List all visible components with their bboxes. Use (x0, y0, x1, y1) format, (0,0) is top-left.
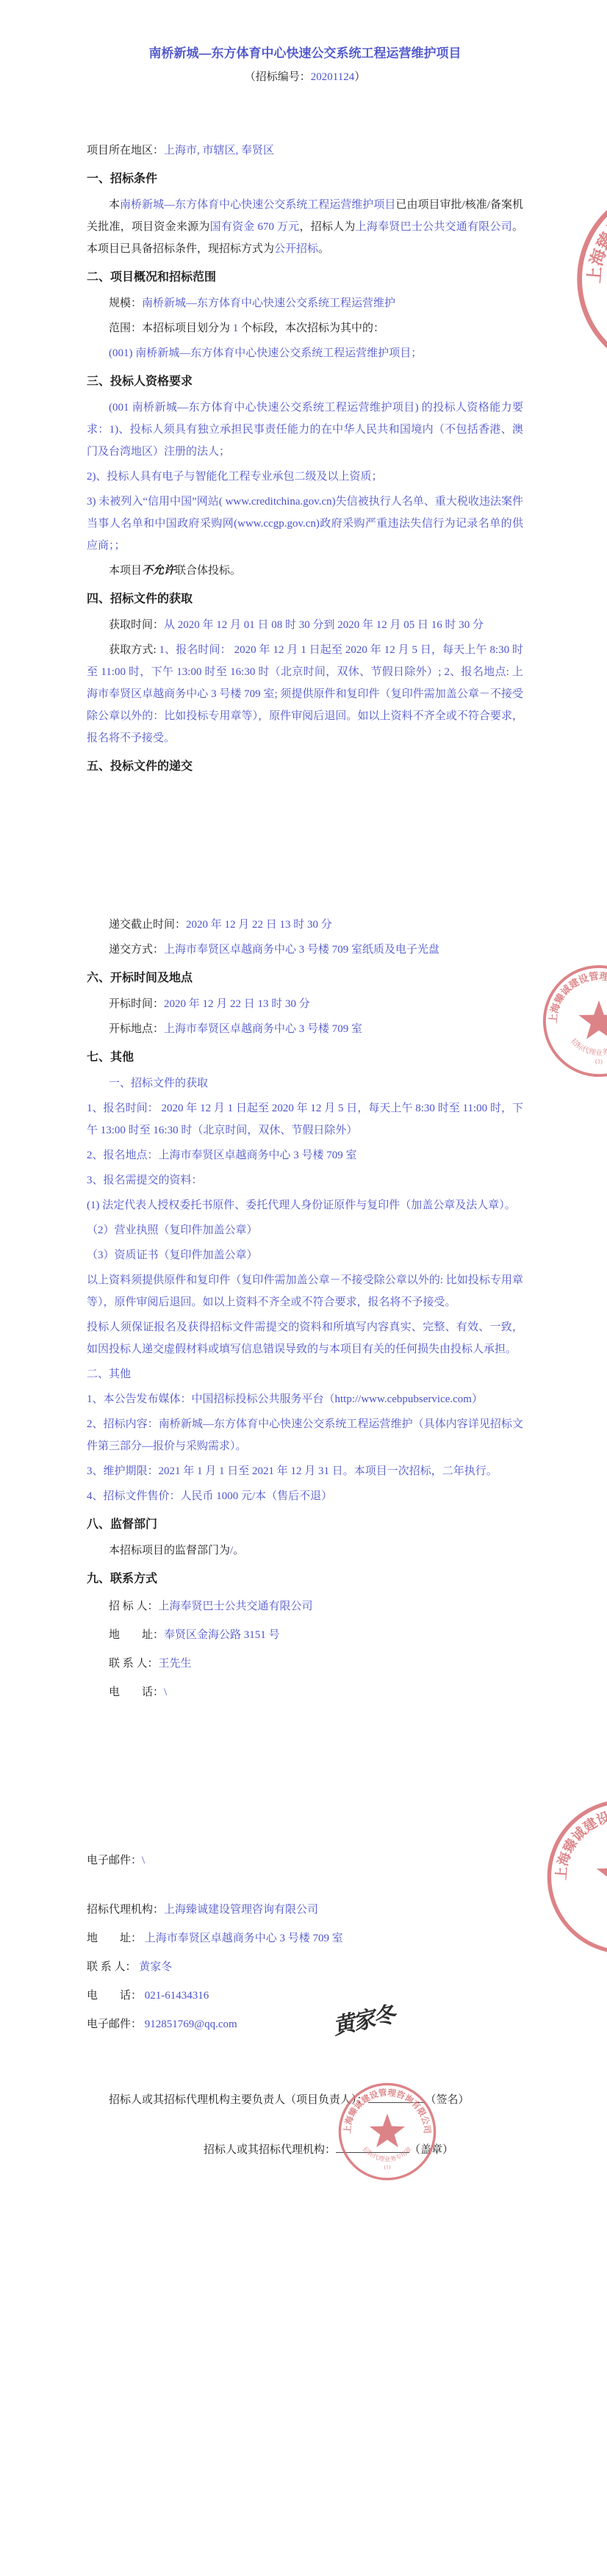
text-segment: 招标代理机构： (87, 1904, 164, 1916)
text-segment: 规模： (109, 297, 142, 309)
text-segment: （招标编号： (245, 71, 311, 83)
text-segment: (001) 南桥新城—东方体育中心快速公交系统工程运营维护项目； (109, 347, 422, 359)
section-heading-4: 四、招标文件的获取 (87, 588, 523, 611)
text-segment: ，招标人为 (299, 221, 355, 233)
text-segment: 五、投标文件的递交 (87, 760, 193, 773)
section-heading-6: 六、开标时间及地点 (87, 967, 523, 990)
contact-agency-address: 地 址： 上海市奉贤区卓越商务中心 3 号楼 709 室 (87, 1926, 523, 1952)
text-segment: 2020 年 12 月 22 日 13 时 30 分 (186, 919, 332, 931)
section-heading-8: 八、监督部门 (87, 1513, 523, 1537)
paragraph-scope: 范围：本招标项目划分为 1 个标段，本次招标为其中的： (109, 317, 523, 339)
text-segment: 上海奉贤巴士公共交通有限公司 (356, 221, 512, 233)
paragraph-obtain-method: 获取方式: 1、报名时间： 2020 年 12 月 1 日起至 2020 年 1… (87, 639, 523, 749)
text-segment: 范围：本招标项目划分为 (109, 322, 230, 334)
text-segment: 3) 未被列入“信用中国”网站( www.creditchina.gov.cn)… (87, 496, 523, 552)
paragraph-material-2: （2）营业执照（复印件加盖公章） (87, 1219, 523, 1241)
text-segment: 公开招标 (274, 243, 318, 255)
paragraph-other-1: 1、报名时间： 2020 年 12 月 1 日起至 2020 年 12 月 5 … (87, 1097, 523, 1141)
paragraph-period: 3、维护期限：2021 年 1 月 1 日至 2021 年 12 月 31 日。… (87, 1460, 523, 1482)
text-segment: 黄家冬 (139, 1961, 172, 1973)
paragraph-obtain-time: 获取时间：从 2020 年 12 月 01 日 08 时 30 分到 2020 … (109, 614, 523, 636)
document-content: 南桥新城—东方体育中心快速公交系统工程运营维护项目（招标编号：20201124）… (0, 43, 607, 2161)
text-segment: 2020 年 12 月 22 日 13 时 30 分 (164, 998, 310, 1010)
paragraph-guarantee: 投标人须保证报名及获得招标文件需提交的资料和所填写内容真实、完整、有效、一致，如… (87, 1316, 523, 1360)
text-segment: 3、报名需提交的资料： (87, 1175, 203, 1186)
paragraph-qualification-3: 3) 未被列入“信用中国”网站( www.creditchina.gov.cn)… (87, 491, 523, 557)
text-segment: 联 系 人： (87, 1961, 139, 1973)
tender-number-line: （招标编号：20201124） (87, 66, 523, 88)
text-segment: 开标地点： (109, 1023, 164, 1035)
text-segment (336, 2149, 409, 2153)
text-segment: 2)、投标人具有电子与智能化工程专业承包二级及以上资质； (87, 471, 383, 483)
text-segment: 项目所在地区： (87, 145, 164, 156)
text-segment: 地 址： (109, 1629, 164, 1641)
text-segment: 。 (318, 243, 329, 255)
contact-tenderer-email: 电子邮件：\ (87, 1848, 523, 1874)
text-segment: \ (164, 1686, 167, 1698)
blank-gap (87, 779, 523, 911)
text-segment: 上海市奉贤区卓越商务中心 3 号楼 709 室 (145, 1933, 343, 1944)
text-segment: 九、联系方式 (87, 1573, 157, 1585)
contact-agency-email: 电子邮件： 912851769@qq.com (87, 2012, 523, 2038)
text-segment: 3、维护期限：2021 年 1 月 1 日至 2021 年 12 月 31 日。… (87, 1465, 498, 1477)
contact-agency-phone: 电 话： 021-61434316 (87, 1983, 523, 2009)
text-segment: 招标人或其招标代理机构主要负责人（项目负责人）： (109, 2094, 368, 2106)
text-segment: （2）营业执照（复印件加盖公章） (87, 1224, 258, 1236)
text-segment: 地 址： (87, 1933, 145, 1944)
text-segment: 本项目 (109, 565, 142, 577)
doc-title: 南桥新城—东方体育中心快速公交系统工程运营维护项目 (87, 43, 523, 65)
text-segment: 个标段，本次招标为其中的： (241, 322, 384, 334)
paragraph-qualification-1: (001 南桥新城—东方体育中心快速公交系统工程运营维护项目) 的投标人资格能力… (87, 397, 523, 463)
text-segment: 开标时间： (109, 998, 164, 1010)
section-heading-5: 五、投标文件的递交 (87, 755, 523, 779)
text-segment: 本 (109, 199, 120, 211)
contact-tenderer: 招 标 人：上海奉贤巴士公共交通有限公司 (109, 1594, 523, 1620)
text-segment: (1) 法定代表人授权委托书原件、委托代理人身份证原件与复印件（加盖公章及法人章… (87, 1199, 516, 1211)
text-segment: 六、开标时间及地点 (87, 972, 193, 984)
text-segment: 1、报名时间： 2020 年 12 月 1 日起至 2020 年 12 月 5 … (87, 644, 523, 744)
text-segment: 王先生 (159, 1658, 192, 1670)
paragraph-open-place: 开标地点：上海市奉贤区卓越商务中心 3 号楼 709 室 (109, 1018, 523, 1040)
text-segment: 。 (233, 1545, 244, 1556)
text-segment: 912851769@qq.com (145, 2018, 237, 2030)
text-segment: 电子邮件： (87, 2018, 145, 2030)
paragraph-supervision: 本招标项目的监督部门为/。 (109, 1540, 523, 1562)
paragraph-no-consortium: 本项目不允许联合体投标。 (87, 560, 523, 582)
text-segment: （盖章） (409, 2144, 453, 2156)
text-segment: 不允许 (142, 565, 175, 577)
text-segment: 从 2020 年 12 月 01 日 08 时 30 分到 2020 年 12 … (164, 619, 484, 631)
paragraph-media: 1、本公告发布媒体：中国招标投标公共服务平台（http://www.cebpub… (87, 1388, 523, 1410)
text-segment: \ (142, 1855, 145, 1866)
text-segment: 投标人须保证报名及获得招标文件需提交的资料和所填写内容真实、完整、有效、一致，如… (87, 1321, 523, 1355)
contact-agency: 招标代理机构：上海臻诚建设管理咨询有限公司 (87, 1897, 523, 1923)
text-segment: 本招标项目的监督部门为 (109, 1545, 230, 1556)
paragraph-submit-deadline: 递交截止时间：2020 年 12 月 22 日 13 时 30 分 (109, 914, 523, 936)
text-segment: 国有资金 670 万元 (210, 221, 300, 233)
text-segment: 联合体投标。 (175, 565, 241, 577)
text-segment: 2、招标内容：南桥新城—东方体育中心快速公交系统工程运营维护（具体内容详见招标文… (87, 1418, 523, 1452)
text-segment: （3）资质证书（复印件加盖公章） (87, 1249, 258, 1261)
contact-agency-person: 联 系 人： 黄家冬 (87, 1955, 523, 1980)
text-segment: 南桥新城—东方体育中心快速公交系统工程运营维护 (142, 297, 395, 309)
paragraph-scale: 规模：南桥新城—东方体育中心快速公交系统工程运营维护 (109, 292, 523, 314)
text-segment: 021-61434316 (145, 1990, 209, 2002)
text-segment: 联 系 人： (109, 1658, 159, 1670)
paragraph-price: 4、招标文件售价：人民币 1000 元/本（售后不退） (87, 1485, 523, 1507)
paragraph-other-sub2: 二、其他 (87, 1363, 523, 1385)
text-segment: 一、招标条件 (87, 173, 157, 185)
paragraph-content: 2、招标内容：南桥新城—东方体育中心快速公交系统工程运营维护（具体内容详见招标文… (87, 1413, 523, 1457)
text-segment: 20201124 (311, 71, 354, 83)
text-segment: 1 (230, 322, 241, 334)
contact-tenderer-person: 联 系 人：王先生 (109, 1651, 523, 1677)
text-segment: 四、招标文件的获取 (87, 593, 193, 605)
text-segment: 上海奉贤巴士公共交通有限公司 (159, 1601, 313, 1612)
paragraph-lot: (001) 南桥新城—东方体育中心快速公交系统工程运营维护项目； (109, 342, 523, 364)
signature-line: 招标人或其招标代理机构主要负责人（项目负责人）：（签名） (109, 2089, 523, 2111)
blank-gap (87, 1874, 523, 1894)
text-segment: 2、报名地点：上海市奉贤区卓越商务中心 3 号楼 709 室 (87, 1150, 357, 1161)
paragraph-other-3: 3、报名需提交的资料： (87, 1169, 523, 1191)
paragraph-submit-method: 递交方式：上海市奉贤区卓越商务中心 3 号楼 709 室纸质及电子光盘 (109, 939, 523, 961)
text-segment: 电 话： (109, 1686, 164, 1698)
text-segment: 南桥新城—东方体育中心快速公交系统工程运营维护项目 (149, 46, 461, 60)
paragraph-tender-condition: 本南桥新城—东方体育中心快速公交系统工程运营维护项目已由项目审批/核准/备案机关… (87, 194, 523, 260)
contact-tenderer-phone: 电 话：\ (109, 1680, 523, 1706)
paragraph-material-note: 以上资料须提供原件和复印件（复印件需加盖公章－不接受除公章以外的: 比如投标专用… (87, 1269, 523, 1313)
seal-line: 招标人或其招标代理机构：（盖章） (87, 2139, 523, 2161)
text-segment: 二、项目概况和招标范围 (87, 271, 216, 284)
text-segment: 获取时间： (109, 619, 164, 631)
section-heading-3: 三、投标人资格要求 (87, 370, 523, 394)
paragraph-other-2: 2、报名地点：上海市奉贤区卓越商务中心 3 号楼 709 室 (87, 1144, 523, 1166)
text-segment: 上海臻诚建设管理咨询有限公司 (164, 1904, 318, 1916)
section-heading-7: 七、其他 (87, 1046, 523, 1069)
blank-gap (87, 2038, 523, 2086)
text-segment: 七、其他 (87, 1051, 134, 1064)
text-segment: 4、招标文件售价：人民币 1000 元/本（售后不退） (87, 1490, 332, 1502)
text-segment: 递交方式： (109, 944, 164, 956)
paragraph-other-sub1: 一、招标文件的获取 (109, 1072, 523, 1094)
text-segment: 上海市奉贤区卓越商务中心 3 号楼 709 室 (164, 1023, 362, 1035)
project-region-line: 项目所在地区：上海市, 市辖区, 奉贤区 (87, 140, 523, 162)
text-segment: 招 标 人： (109, 1601, 159, 1612)
text-segment: 1、本公告发布媒体：中国招标投标公共服务平台（http://www.cebpub… (87, 1393, 483, 1405)
section-heading-2: 二、项目概况和招标范围 (87, 266, 523, 289)
document-page: 南桥新城—东方体育中心快速公交系统工程运营维护项目（招标编号：20201124）… (0, 0, 607, 2576)
text-segment: 三、投标人资格要求 (87, 375, 193, 388)
text-segment: 二、其他 (87, 1368, 131, 1380)
text-segment: 以上资料须提供原件和复印件（复印件需加盖公章－不接受除公章以外的: 比如投标专用… (87, 1274, 523, 1308)
text-segment: 上海市奉贤区卓越商务中心 3 号楼 709 室纸质及电子光盘 (164, 944, 439, 956)
text-segment: （签名） (425, 2094, 470, 2106)
text-segment: 一、招标文件的获取 (109, 1078, 208, 1089)
text-segment: 电子邮件： (87, 1855, 142, 1866)
text-segment: 南桥新城—东方体育中心快速公交系统工程运营维护项目 (120, 199, 395, 211)
text-segment: 招标人或其招标代理机构： (204, 2144, 336, 2156)
text-segment: 奉贤区金海公路 3151 号 (164, 1629, 280, 1641)
paragraph-qualification-2: 2)、投标人具有电子与智能化工程专业承包二级及以上资质； (87, 466, 523, 488)
blank-gap (87, 1706, 523, 1845)
text-segment: 获取方式: (109, 644, 159, 656)
text-segment: 上海市, 市辖区, 奉贤区 (164, 145, 274, 156)
contact-tenderer-address: 地 址：奉贤区金海公路 3151 号 (109, 1623, 523, 1648)
text-segment: (001 南桥新城—东方体育中心快速公交系统工程运营维护项目) 的投标人资格能力… (87, 402, 523, 458)
text-segment (368, 2099, 425, 2103)
paragraph-material-1: (1) 法定代表人授权委托书原件、委托代理人身份证原件与复印件（加盖公章及法人章… (87, 1194, 523, 1216)
section-heading-1: 一、招标条件 (87, 167, 523, 191)
svg-text:(1): (1) (384, 2163, 391, 2170)
text-segment: 电 话： (87, 1990, 145, 2002)
text-segment: 1、报名时间： 2020 年 12 月 1 日起至 2020 年 12 月 5 … (87, 1103, 523, 1136)
section-heading-9: 九、联系方式 (87, 1567, 523, 1591)
paragraph-open-time: 开标时间：2020 年 12 月 22 日 13 时 30 分 (109, 993, 523, 1015)
text-segment: ） (354, 71, 365, 83)
blank-gap (87, 2111, 523, 2136)
text-segment: 递交截止时间： (109, 919, 186, 931)
text-segment: 八、监督部门 (87, 1518, 157, 1531)
paragraph-material-3: （3）资质证书（复印件加盖公章） (87, 1244, 523, 1266)
